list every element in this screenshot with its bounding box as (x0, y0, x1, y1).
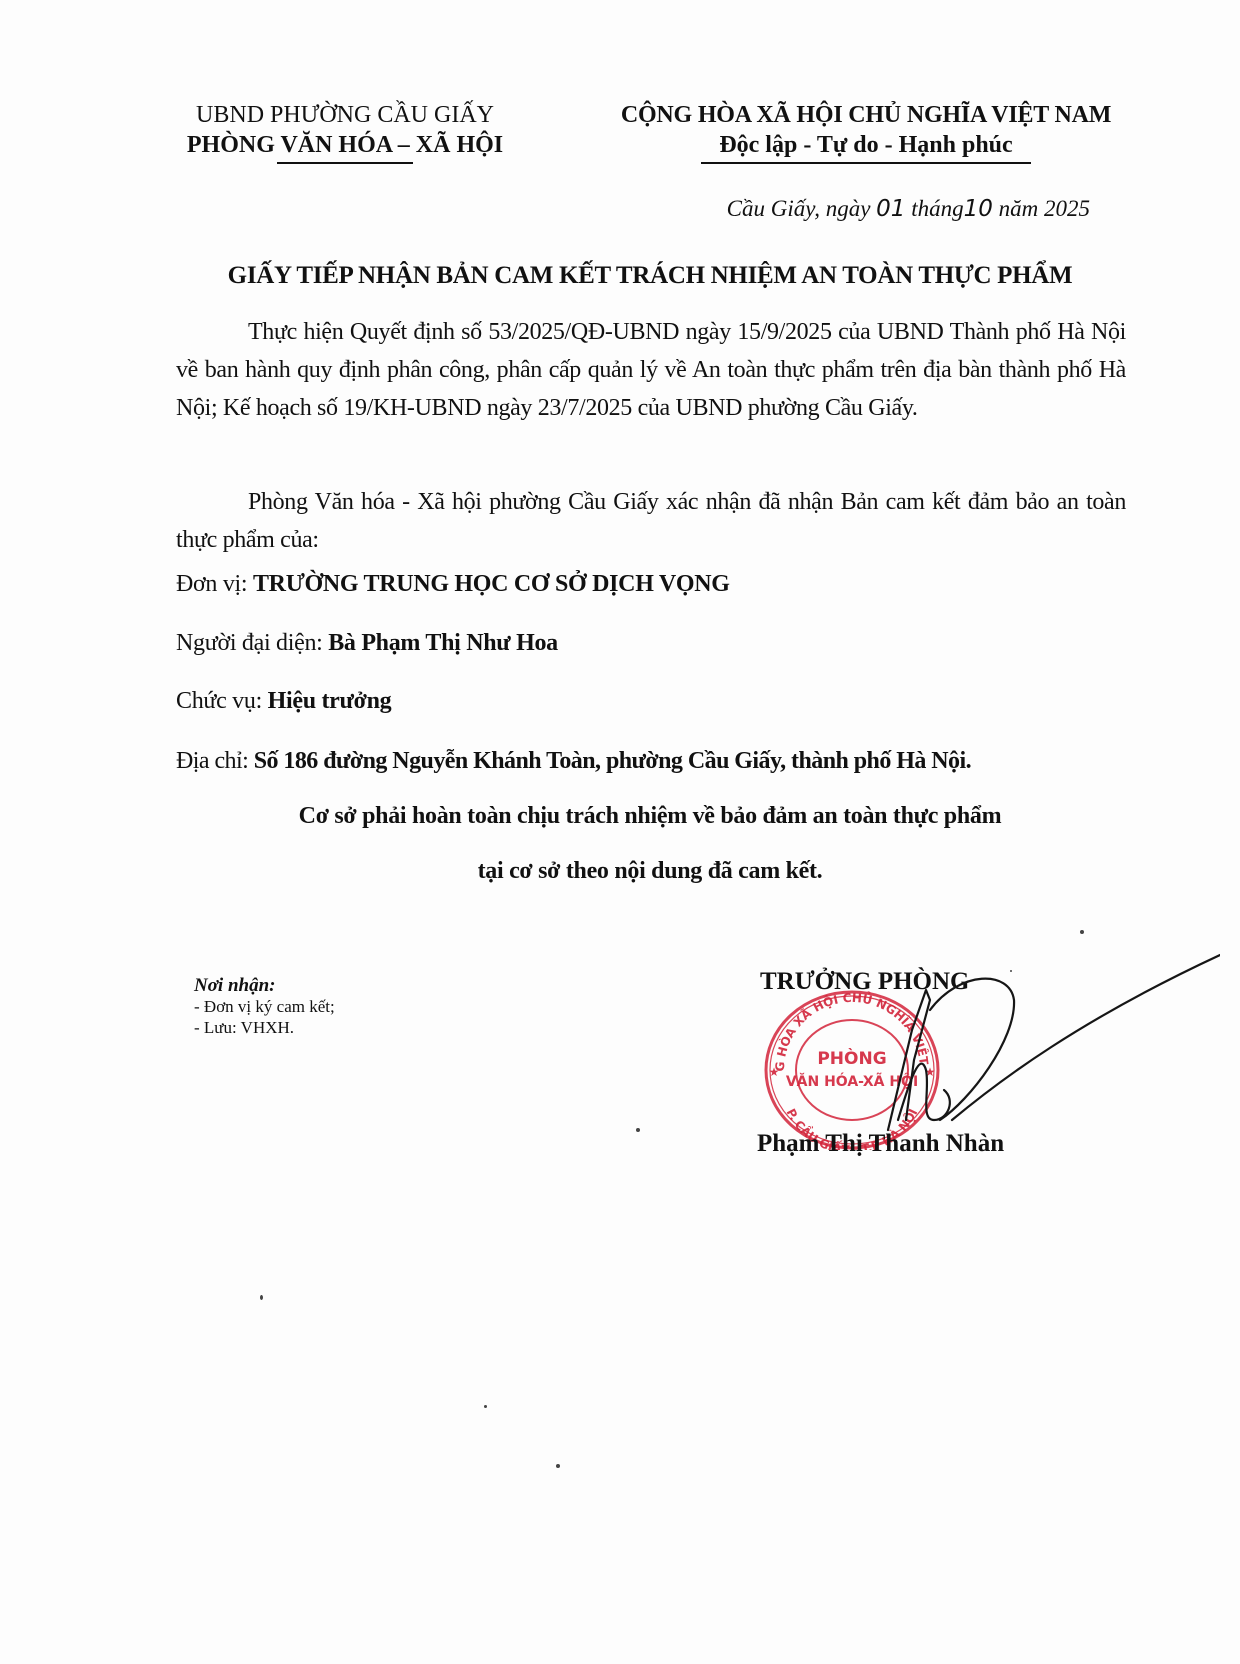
recipients-heading: Nơi nhận: (194, 975, 335, 996)
scan-speck (260, 1295, 263, 1300)
scan-speck (1010, 970, 1012, 972)
scan-speck (556, 1464, 560, 1468)
field-representative: Người đại diện: Bà Phạm Thị Như Hoa (176, 630, 558, 657)
national-header: CỘNG HÒA XÃ HỘI CHỦ NGHĨA VIỆT NAM Độc l… (596, 100, 1136, 164)
field-position-value: Hiệu trưởng (268, 688, 392, 714)
nation-line-1: CỘNG HÒA XÃ HỘI CHỦ NGHĨA VIỆT NAM (596, 100, 1136, 130)
field-address: Địa chỉ: Số 186 đường Nguyễn Khánh Toàn,… (176, 748, 971, 775)
date-month: 10 (964, 196, 993, 222)
scan-speck (636, 1128, 640, 1132)
date-prefix: Cầu Giấy, ngày (727, 196, 877, 221)
paragraph-confirmation: Phòng Văn hóa - Xã hội phường Cầu Giấy x… (176, 483, 1126, 559)
date-day: 01 (876, 196, 905, 222)
stamp-star-icon: ★ (769, 1065, 780, 1079)
scan-speck (1080, 930, 1084, 934)
date-month-label: tháng (905, 196, 963, 221)
field-address-value: Số 186 đường Nguyễn Khánh Toàn, phường C… (254, 748, 971, 774)
agency-line-1: UBND PHƯỜNG CẦU GIẤY (160, 100, 530, 130)
signatory-name: Phạm Thị Thanh Nhàn (757, 1130, 1004, 1158)
paragraph-basis: Thực hiện Quyết định số 53/2025/QĐ-UBND … (176, 313, 1126, 427)
agency-line-2: PHÒNG VĂN HÓA – XÃ HỘI (160, 130, 530, 160)
motto-underline (701, 162, 1031, 164)
field-position-label: Chức vụ: (176, 688, 268, 714)
paragraph-confirmation-text: Phòng Văn hóa - Xã hội phường Cầu Giấy x… (176, 489, 1126, 553)
date-year: năm 2025 (993, 196, 1090, 221)
handwritten-signature (780, 930, 1220, 1140)
field-representative-label: Người đại diện: (176, 630, 328, 656)
field-representative-value: Bà Phạm Thị Như Hoa (328, 630, 558, 656)
field-unit: Đơn vị: TRƯỜNG TRUNG HỌC CƠ SỞ DỊCH VỌNG (176, 571, 730, 598)
closing-line-1: Cơ sở phải hoàn toàn chịu trách nhiệm về… (170, 803, 1130, 830)
closing-line-2: tại cơ sở theo nội dung đã cam kết. (170, 858, 1130, 885)
recipient-item: - Lưu: VHXH. (194, 1017, 335, 1038)
issue-date: Cầu Giấy, ngày 01 tháng10 năm 2025 (650, 196, 1090, 222)
document-title: GIẤY TIẾP NHẬN BẢN CAM KẾT TRÁCH NHIỆM A… (170, 262, 1130, 290)
paragraph-basis-text: Thực hiện Quyết định số 53/2025/QĐ-UBND … (176, 319, 1126, 421)
field-address-label: Địa chỉ: (176, 748, 254, 774)
document-page: UBND PHƯỜNG CẦU GIẤY PHÒNG VĂN HÓA – XÃ … (0, 0, 1240, 1664)
recipients-block: Nơi nhận: - Đơn vị ký cam kết; - Lưu: VH… (194, 975, 335, 1038)
agency-underline (277, 162, 413, 164)
recipient-item: - Đơn vị ký cam kết; (194, 996, 335, 1017)
nation-motto: Độc lập - Tự do - Hạnh phúc (596, 130, 1136, 160)
field-unit-value: TRƯỜNG TRUNG HỌC CƠ SỞ DỊCH VỌNG (253, 571, 730, 597)
field-position: Chức vụ: Hiệu trưởng (176, 688, 391, 715)
field-unit-label: Đơn vị: (176, 571, 253, 597)
scan-speck (484, 1405, 487, 1408)
agency-header: UBND PHƯỜNG CẦU GIẤY PHÒNG VĂN HÓA – XÃ … (160, 100, 530, 164)
